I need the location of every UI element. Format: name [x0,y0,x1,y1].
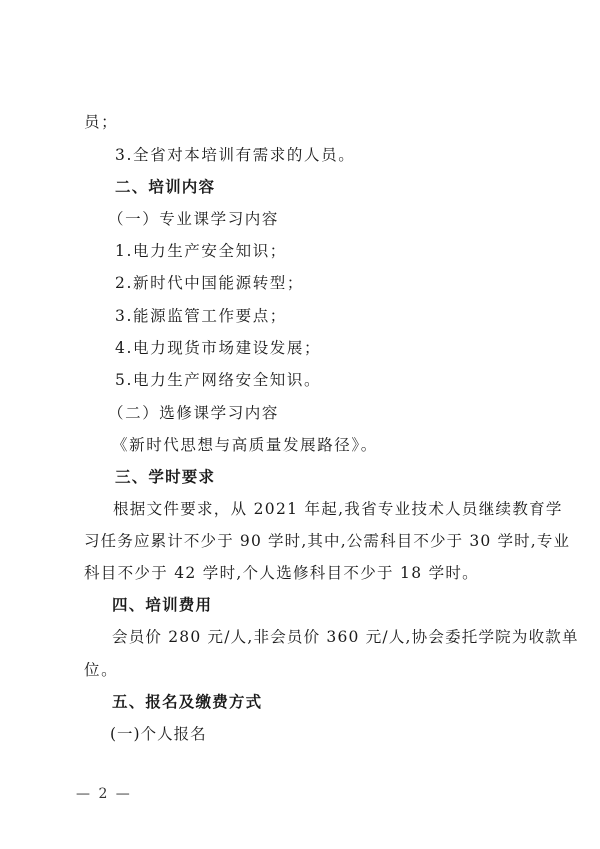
subheading-individual-registration: (一)个人报名 [110,724,207,744]
continued-text-line: 员； [84,112,118,132]
course-item-4: 4.电力现货市场建设发展； [115,338,321,358]
page-number: — 2 — [76,786,132,802]
course-item-3: 3.能源监管工作要点； [115,306,287,326]
fee-paragraph-line-1: 会员价 280 元/人,非会员价 360 元/人,协会委托学院为收款单 [112,627,579,647]
course-item-5: 5.电力生产网络安全知识。 [115,370,321,390]
hours-paragraph-line-1: 根据文件要求，从 2021 年起,我省专业技术人员继续教育学 [113,499,563,519]
course-item-2: 2.新时代中国能源转型； [115,273,304,293]
hours-paragraph-line-2: 习任务应累计不少于 90 学时,其中,公需科目不少于 30 学时,专业 [84,531,570,551]
section-heading-hours-requirement: 三、学时要求 [115,467,215,487]
subheading-elective-courses: （二）选修课学习内容 [108,403,279,423]
section-heading-registration-payment: 五、报名及缴费方式 [112,692,262,712]
section-heading-training-fee: 四、培训费用 [112,595,212,615]
subheading-professional-courses: （一）专业课学习内容 [108,209,279,229]
elective-course-title: 《新时代思想与高质量发展路径》。 [112,435,378,455]
course-item-1: 1.电力生产安全知识； [115,241,287,261]
hours-paragraph-line-3: 科目不少于 42 学时,个人选修科目不少于 18 学时。 [84,563,479,583]
section-heading-training-content: 二、培训内容 [115,177,215,197]
fee-paragraph-line-2: 位。 [84,660,118,680]
audience-item-3: 3.全省对本培训有需求的人员。 [115,145,355,165]
